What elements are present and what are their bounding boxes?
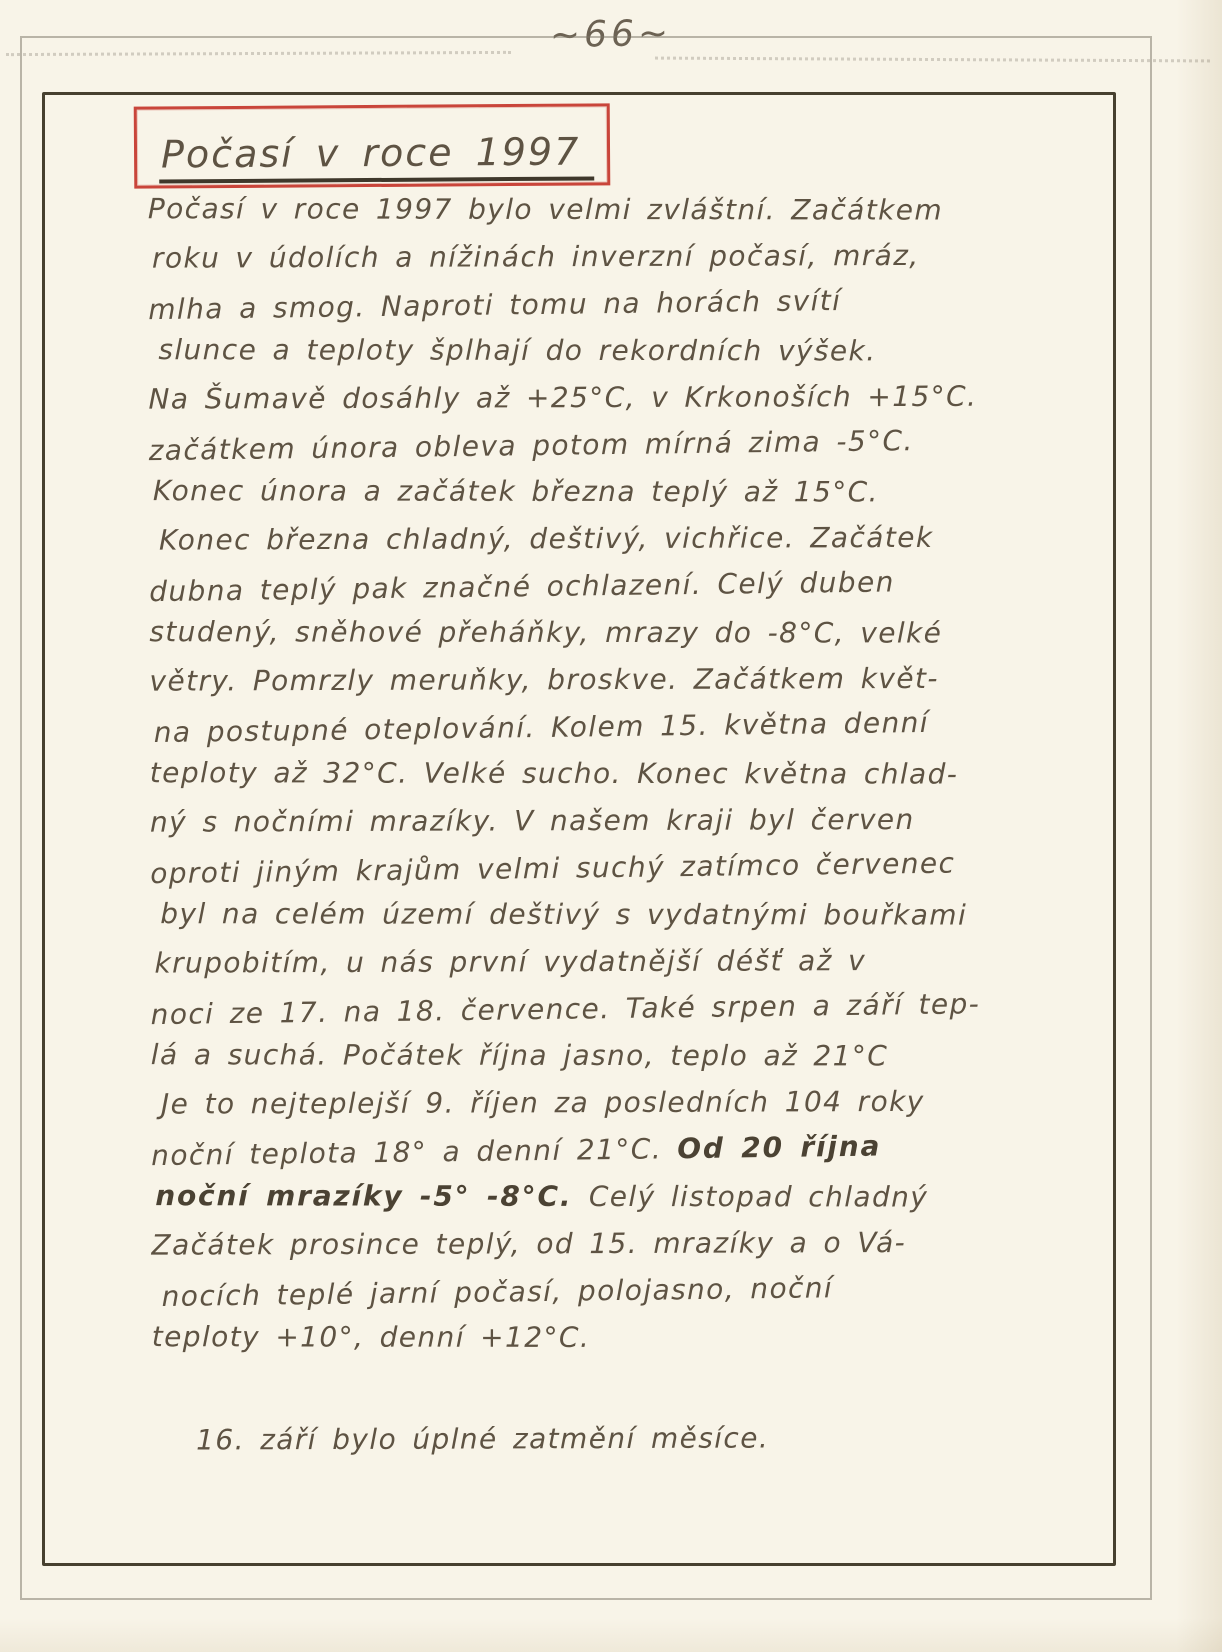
handwritten-line: dubna teplý pak značné ochlazení. Celý d… — [149, 556, 1080, 615]
handwritten-line: teploty +10°, denní +12°C. — [152, 1313, 1082, 1362]
body-text: Počasí v roce 1997 bylo velmi zvláštní. … — [148, 184, 1082, 1463]
handwritten-segment: 16. září bylo úplné zatmění měsíce. — [196, 1421, 769, 1456]
handwritten-line: roku v údolích a nížinách inverzní počas… — [152, 231, 1078, 281]
handwritten-segment: Začátek prosince teplý, od 15. mrazíky a… — [151, 1226, 906, 1262]
handwritten-line: lá a suchá. Počátek října jasno, teplo a… — [151, 1031, 1081, 1080]
handwritten-line: nocích teplé jarní počasí, polojasno, no… — [161, 1261, 1082, 1320]
handwritten-bold-segment: noční mrazíky -5° -8°C. — [155, 1179, 589, 1213]
handwritten-segment: roku v údolích a nížinách inverzní počas… — [152, 239, 920, 275]
handwritten-segment: dubna teplý pak značné ochlazení. Celý d… — [149, 565, 895, 608]
handwritten-segment: slunce a teploty šplhají do rekordních v… — [158, 333, 876, 367]
scanned-chronicle-page: ~66~ Počasí v roce 1997 Počasí v roce 19… — [0, 0, 1222, 1652]
handwritten-line: studený, sněhové přeháňky, mrazy do -8°C… — [149, 608, 1079, 657]
handwritten-line: oproti jiným krajům velmi suchý zatímco … — [150, 838, 1081, 897]
handwritten-segment: noci ze 17. na 18. července. Také srpen … — [150, 987, 980, 1031]
handwritten-line: Na Šumavě dosáhly až +25°C, v Krkonoších… — [148, 372, 1078, 422]
handwritten-line: teploty až 32°C. Velké sucho. Konec květ… — [150, 749, 1080, 798]
handwritten-segment: mlha a smog. Naproti tomu na horách svít… — [148, 284, 842, 326]
handwritten-segment: teploty +10°, denní +12°C. — [152, 1320, 590, 1354]
handwritten-line: noční mrazíky -5° -8°C. Celý listopad ch… — [155, 1172, 1081, 1221]
handwritten-segment: větry. Pomrzly meruňky, broskve. Začátke… — [149, 662, 938, 698]
handwritten-segment: oproti jiným krajům velmi suchý zatímco … — [150, 847, 956, 891]
handwritten-segment: noční teplota 18° a denní 21°C. — [151, 1132, 678, 1172]
page-title: Počasí v roce 1997 — [159, 129, 595, 183]
handwritten-segment: Celý listopad chladný — [589, 1180, 929, 1214]
handwritten-line: byl na celém území deštivý s vydatnými b… — [160, 890, 1080, 939]
handwritten-segment: teploty až 32°C. Velké sucho. Konec květ… — [150, 756, 959, 790]
handwritten-segment: byl na celém území deštivý s vydatnými b… — [160, 897, 967, 931]
handwritten-segment: lá a suchá. Počátek října jasno, teplo a… — [151, 1038, 888, 1072]
handwritten-line: 16. září bylo úplné zatmění měsíce. — [196, 1413, 1082, 1463]
handwritten-segment: Na Šumavě dosáhly až +25°C, v Krkonoších… — [148, 380, 977, 416]
handwritten-line: začátkem února obleva potom mírná zima -… — [148, 415, 1079, 474]
handwritten-segment: ný s nočními mrazíky. V našem kraji byl … — [150, 803, 915, 839]
handwritten-segment: Konec února a začátek března teplý až 15… — [153, 474, 879, 508]
handwritten-line: větry. Pomrzly meruňky, broskve. Začátke… — [149, 654, 1079, 704]
handwritten-segment: nocích teplé jarní počasí, polojasno, no… — [161, 1271, 833, 1313]
handwritten-line: Začátek prosince teplý, od 15. mrazíky a… — [151, 1218, 1081, 1268]
handwritten-line: mlha a smog. Naproti tomu na horách svít… — [148, 274, 1079, 333]
handwritten-segment: studený, sněhové přeháňky, mrazy do -8°C… — [149, 615, 942, 649]
handwritten-segment: začátkem února obleva potom mírná zima -… — [148, 424, 913, 467]
handwritten-line: ný s nočními mrazíky. V našem kraji byl … — [150, 795, 1080, 845]
handwritten-segment: Počasí v roce 1997 bylo velmi zvláštní. … — [148, 192, 943, 226]
handwritten-segment: krupobitím, u nás první vydatnější déšť … — [154, 944, 866, 979]
title-red-box: Počasí v roce 1997 — [134, 103, 611, 188]
handwritten-bold-segment: Od 20 října — [677, 1130, 881, 1166]
handwritten-line: na postupné oteplování. Kolem 15. května… — [153, 697, 1080, 756]
handwritten-line: noční teplota 18° a denní 21°C. Od 20 ří… — [151, 1120, 1082, 1179]
handwritten-line: Počasí v roce 1997 bylo velmi zvláštní. … — [148, 185, 1078, 234]
handwritten-segment: Je to nejteplejší 9. říjen za posledních… — [161, 1085, 925, 1121]
handwritten-segment: Konec března chladný, deštivý, vichřice.… — [159, 521, 934, 557]
handwritten-line: Je to nejteplejší 9. říjen za posledních… — [161, 1077, 1081, 1127]
handwritten-segment: na postupné oteplování. Kolem 15. května… — [153, 706, 929, 749]
handwritten-line: Konec března chladný, deštivý, vichřice.… — [159, 513, 1079, 563]
handwritten-line: Konec února a začátek března teplý až 15… — [153, 467, 1079, 516]
handwritten-line: krupobitím, u nás první vydatnější déšť … — [154, 936, 1080, 986]
handwritten-line: noci ze 17. na 18. července. Také srpen … — [150, 979, 1081, 1038]
handwritten-line: slunce a teploty šplhají do rekordních v… — [158, 326, 1078, 375]
